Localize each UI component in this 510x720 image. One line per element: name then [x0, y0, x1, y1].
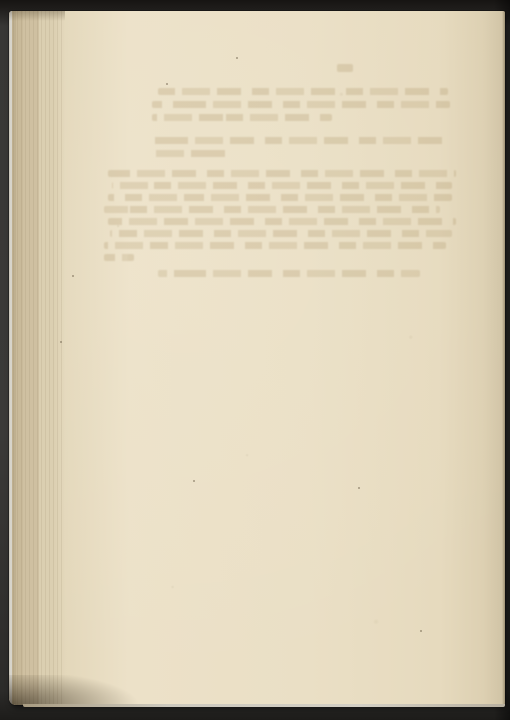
show-through-line: [158, 88, 448, 95]
show-through-line: [104, 242, 446, 249]
show-through-line: [158, 270, 420, 277]
dust-speck: [166, 83, 168, 85]
dust-speck: [420, 630, 422, 632]
show-through-line: [104, 254, 134, 261]
page-bottom-edge-highlight: [23, 704, 505, 707]
show-through-line: [110, 230, 452, 237]
show-through-block: [9, 11, 505, 705]
page-right-edge-shadow: [502, 11, 505, 705]
show-through-line: [150, 137, 448, 144]
book-page: [9, 11, 505, 705]
bottom-left-corner-shadow: [9, 675, 159, 705]
show-through-line: [152, 114, 332, 121]
show-through-line: [152, 101, 450, 108]
show-through-line: [150, 150, 226, 157]
show-through-line: [108, 170, 456, 177]
dust-speck: [358, 487, 360, 489]
dust-speck: [72, 275, 74, 277]
dust-speck: [236, 57, 238, 59]
dust-speck: [193, 480, 195, 482]
show-through-line: [112, 182, 452, 189]
dust-speck: [60, 341, 62, 343]
show-through-line: [108, 194, 452, 201]
show-through-line: [104, 206, 440, 213]
show-through-line: [108, 218, 456, 225]
show-through-page-number: [337, 64, 353, 72]
